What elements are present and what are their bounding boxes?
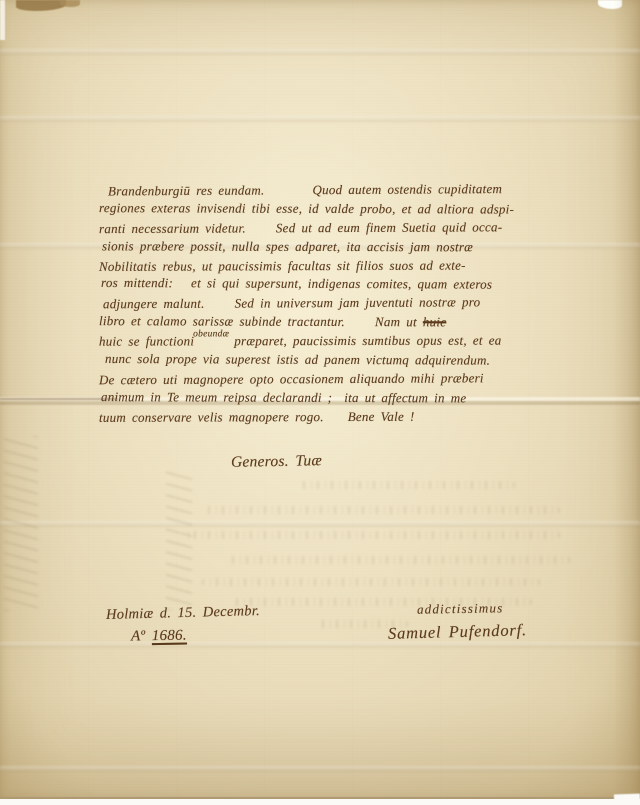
letter-line: huic se functioniobeundæ præparet, pauci… — [99, 331, 599, 351]
right-edge-shading — [614, 0, 640, 805]
line-text: Nobilitatis rebus, ut paucissimis facult… — [99, 257, 466, 273]
dateline-year: Aº 1686. — [131, 628, 187, 646]
letter-closing: Generos. Tuæ — [231, 452, 322, 472]
left-edge-sliver — [0, 0, 5, 40]
letter-line: regiones exteras invisendi tibi esse, id… — [99, 199, 599, 220]
letter-line: Brandenburgiū res eundam. Quod autem ost… — [99, 179, 599, 201]
paper-bottom-edge — [0, 797, 640, 805]
line-text: præparet, paucissimis sumtibus opus est,… — [228, 333, 501, 349]
line-text: ranti necessarium videtur. Sed ut ad eum… — [99, 219, 502, 236]
line-text: libro et calamo sarissæ subinde tractant… — [99, 313, 423, 329]
line-text: huic se functioni — [99, 334, 194, 349]
line-text: sionis præbere possit, nulla spes adpare… — [102, 238, 473, 254]
signature-valediction: addictissimus — [417, 600, 504, 618]
letter-line: libro et calamo sarissæ subinde tractant… — [99, 312, 599, 333]
struck-word: huic — [423, 314, 446, 329]
line-text: tuum conservare velis magnopere rogo. Be… — [99, 408, 415, 424]
line-text: nunc sola prope via superest istis ad pa… — [105, 351, 490, 368]
letter-line: De cætero uti magnopere opto occasionem … — [99, 369, 599, 391]
letter-line: tuum conservare velis magnopere rogo. Be… — [99, 407, 599, 428]
interlinear-insertion: obeundæ — [193, 325, 229, 344]
letter-line: sionis præbere possit, nulla spes adpare… — [99, 237, 599, 257]
bottom-right-backing — [614, 794, 640, 803]
line-text: ros mittendi: et si qui supersunt, indig… — [101, 275, 492, 292]
line-text: De cætero uti magnopere opto occasionem … — [99, 370, 484, 387]
letter-photo: Brandenburgiū res eundam. Quod autem ost… — [0, 0, 640, 805]
line-text: animum in Te meum reipsa declarandi ; it… — [101, 389, 466, 405]
letter-line: adjungere malunt. Sed in universum jam j… — [99, 293, 599, 315]
line-text: regiones exteras invisendi tibi esse, id… — [99, 200, 514, 216]
bottom-shading — [0, 695, 640, 805]
line-text: Brandenburgiū res eundam. Quod autem ost… — [108, 181, 502, 198]
letter-line: Nobilitatis rebus, ut paucissimis facult… — [99, 256, 599, 277]
line-text: adjungere malunt. Sed in universum jam j… — [103, 295, 480, 312]
letter-line: animum in Te meum reipsa declarandi ; it… — [99, 388, 599, 409]
letter-body: Brandenburgiū res eundam. Quod autem ost… — [99, 181, 599, 427]
signature-name: Samuel Pufendorf. — [388, 620, 527, 644]
anno-abbrev: Aº — [131, 628, 152, 644]
letter-line: nunc sola prope via superest istis ad pa… — [99, 350, 599, 371]
letter-line: ranti necessarium videtur. Sed ut ad eum… — [99, 218, 599, 239]
top-left-tear-small — [60, 0, 80, 7]
year-underlined: 1686. — [152, 628, 187, 645]
